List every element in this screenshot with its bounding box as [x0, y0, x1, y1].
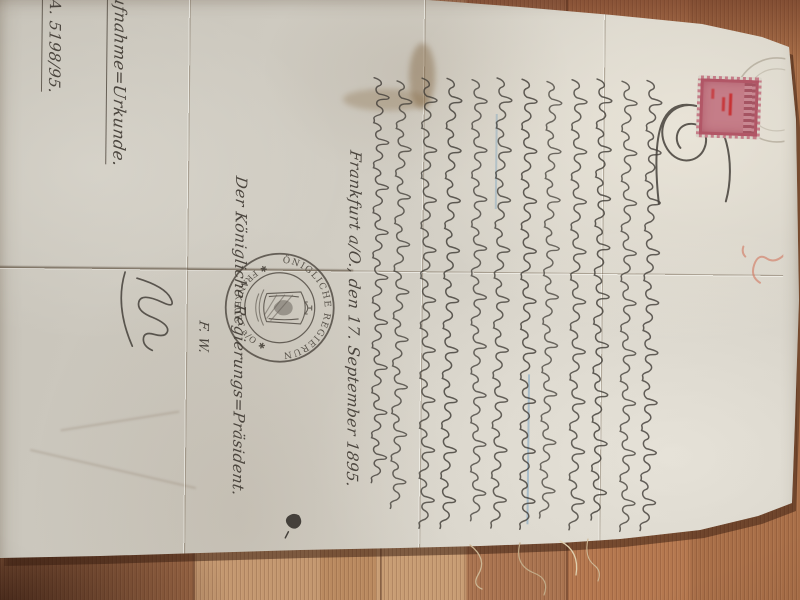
- handwriting-line: [591, 79, 612, 520]
- date-line: Frankfurt a/O., den 17. September 1895.: [343, 149, 365, 489]
- ink-blot: [285, 515, 300, 538]
- handwriting-line: [440, 78, 462, 528]
- signature-scrawl: [121, 272, 173, 351]
- stamp-red-overprint: [722, 97, 726, 111]
- handwriting-line: [640, 81, 662, 531]
- handwriting-line: [471, 80, 488, 521]
- thread-fiber: [519, 543, 546, 595]
- thread-fiber: [587, 539, 599, 581]
- annotation-aufnahme-urkunde: Aufnahme=Urkunde.: [105, 0, 130, 168]
- loose-threads: [430, 525, 630, 600]
- signer-title-line: Der Königliche Regierungs=Präsident.: [229, 175, 250, 497]
- handwriting-line: [539, 82, 562, 519]
- handwriting-line: [371, 78, 389, 483]
- red-pencil-scrawl: [742, 247, 786, 283]
- stamp-red-overprint: [729, 93, 733, 115]
- handwriting-line: [620, 81, 637, 531]
- thread-fiber: [470, 545, 482, 589]
- document-content-rotated: KÖNIGLICHE REGIERUNG ✱ FRANKFURT a/O ✱ A…: [0, 0, 786, 597]
- photo-of-document: KÖNIGLICHE REGIERUNG ✱ FRANKFURT a/O ✱ A…: [0, 0, 800, 600]
- handwriting-line: [491, 78, 512, 528]
- thread-fiber: [560, 541, 577, 575]
- seal-coat-of-arms: [256, 289, 312, 326]
- handwriting-line: [419, 78, 437, 528]
- revenue-stamp: [696, 75, 762, 139]
- handwriting-line: [520, 79, 537, 529]
- annotation-file-number: I. A. 5198/95.: [41, 0, 64, 95]
- stamp-ornament-band: [743, 83, 756, 133]
- handwriting-line: [569, 80, 587, 530]
- handwriting-line: [390, 81, 412, 509]
- document-paper: KÖNIGLICHE REGIERUNG ✱ FRANKFURT a/O ✱ A…: [0, 0, 800, 600]
- signature-initials: F. W.: [195, 320, 210, 355]
- stamp-red-overprint: [711, 89, 714, 99]
